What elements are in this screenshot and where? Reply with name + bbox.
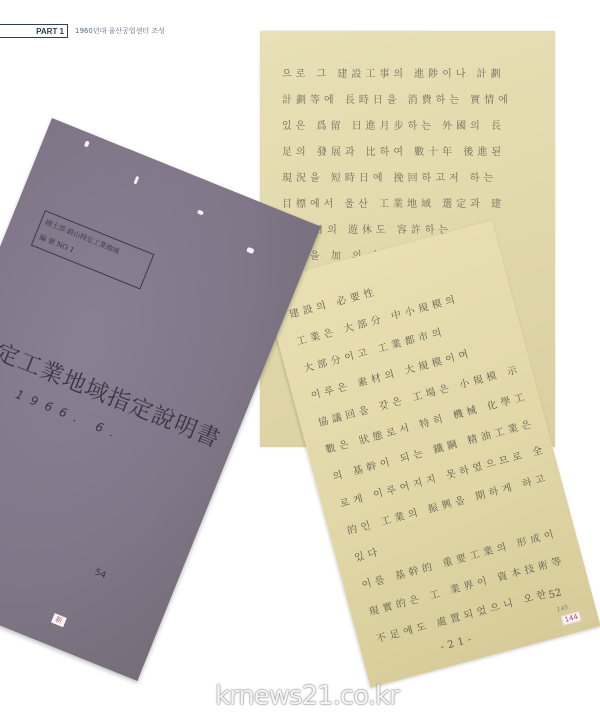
text-line: 있은 爲留 日進月步하는 外國의 長 (282, 117, 533, 143)
paper-speck (84, 140, 90, 147)
page-header: PART 1 1960년대 울산공업센터 조성 (0, 24, 165, 38)
text-line: 目標에서 울산 工業地域 選定과 建 (282, 195, 533, 221)
text-line: 計劃等에 長時日을 消費하는 實情에 (282, 91, 533, 117)
paper-speck (197, 209, 204, 215)
paper-speck (246, 247, 254, 254)
text-line: 으로 그 建設工事의 進陟이나 計劃 (282, 65, 533, 91)
archive-tag: 新 (51, 613, 67, 627)
text-line: 足의 發展과 比하여 數十年 後進된 (282, 143, 533, 169)
text-line: 現況을 短時日에 挽回하고저 하는 (282, 169, 533, 195)
registry-stamp: 國土部 蔚山特定工業地域 編 號 NO 1 (31, 210, 155, 289)
site-watermark: krnews21.co.kr (215, 681, 399, 711)
part-label: PART 1 (0, 24, 68, 38)
section-title: 1960년대 울산공업센터 조성 (75, 26, 165, 36)
paper-speck (133, 176, 139, 185)
page-number: 54 (93, 568, 107, 582)
